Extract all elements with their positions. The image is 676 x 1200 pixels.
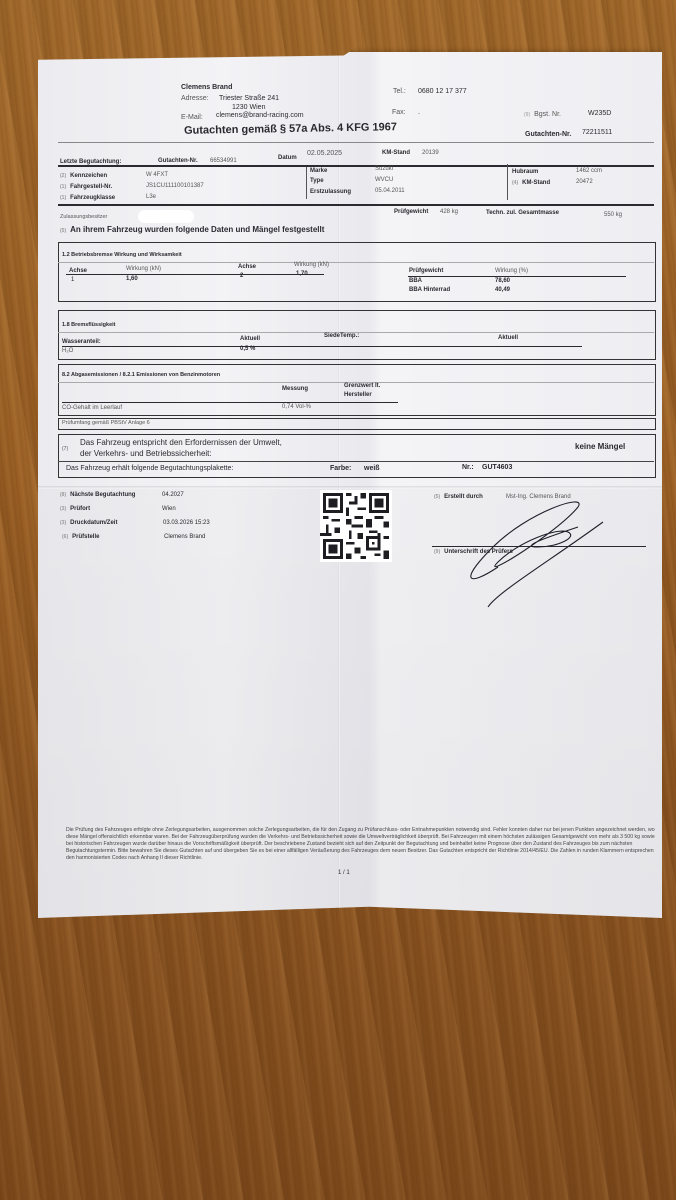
- gesamtmasse-label: Techn. zul. Gesamtmasse: [486, 210, 559, 216]
- findings-heading: (5)An ihrem Fahrzeug wurden folgende Dat…: [60, 225, 324, 234]
- fahrgestell-label: (1)Fahrgestell-Nr.: [60, 184, 112, 190]
- last-date-label: Datum: [278, 155, 297, 161]
- klasse-label: (1)Fahrzeugklasse: [60, 195, 115, 201]
- conformity-code-icon: (7): [62, 446, 68, 452]
- col-wirkung-kn-2: Wirkung (kN): [294, 262, 329, 268]
- pruefgewicht: 428 kg: [440, 209, 458, 215]
- gutachten-nr: 72211511: [582, 129, 612, 136]
- aktuell-label: Aktuell: [240, 336, 260, 342]
- conformity-line-2: der Verkehrs- und Betriebssicherheit:: [80, 449, 212, 458]
- fine-print: Die Prüfung des Fahrzeuges erfolgte ohne…: [66, 827, 662, 862]
- naechste: 04.2027: [162, 492, 184, 498]
- inspection-report-paper: Clemens Brand Adresse: Triester Straße 2…: [38, 52, 662, 918]
- co-value: 0,74 Vol-%: [282, 404, 311, 410]
- h2o-value: 0,5 %: [240, 346, 255, 352]
- plakette-nr: GUT4603: [482, 464, 512, 471]
- issuer-email: clemens@brand-racing.com: [216, 112, 304, 119]
- plakette-nr-label: Nr.:: [462, 464, 474, 471]
- pruefstelle-label: (6)Prüfstelle: [62, 534, 99, 540]
- redacted-owner: [138, 210, 194, 223]
- qr-code-icon: [320, 490, 392, 562]
- messung-label: Messung: [282, 386, 308, 392]
- gutachten-nr-label: Gutachten-Nr.: [525, 131, 571, 138]
- issuer-fax-label: Fax:: [392, 109, 406, 116]
- aktuell-2-label: Aktuell: [498, 335, 518, 341]
- brake-section: [58, 242, 656, 302]
- grenzwert-label-1: Grenzwert lt.: [344, 383, 380, 389]
- issuer-street: Triester Straße 241: [219, 95, 279, 102]
- druck: 03.03.2026 15:23: [163, 520, 210, 526]
- issuer-address-label: Adresse:: [181, 95, 209, 102]
- plakette-label: Das Fahrzeug erhält folgende Begutachtun…: [66, 465, 233, 472]
- last-km-label: KM-Stand: [382, 150, 410, 156]
- col-pruefgewicht: Prüfgewicht: [409, 268, 443, 274]
- fahrzeugklasse: L3e: [146, 194, 156, 200]
- bba-hinterrad-value: 40,49: [495, 287, 510, 293]
- issuer-tel: 0680 12 17 377: [418, 88, 467, 95]
- erstzulassung-label: Erstzulassung: [310, 189, 351, 195]
- type-label: Type: [310, 178, 324, 184]
- document-title: Gutachten gemäß § 57a Abs. 4 KFG 1967: [184, 121, 397, 137]
- issuer-tel-label: Tel.:: [393, 88, 406, 95]
- pruefgewicht-label: Prüfgewicht: [394, 209, 428, 215]
- horizontal-fold: [38, 486, 662, 489]
- erstzulassung: 05.04.2011: [375, 188, 405, 194]
- vertical-fold: [338, 52, 340, 918]
- kennzeichen-label: (2)Kennzeichen: [60, 173, 107, 179]
- hubraum-label: Hubraum: [512, 169, 538, 175]
- brake-fluid-heading: 1.8 Bremsflüssigkeit: [62, 322, 116, 328]
- hubraum: 1462 ccm: [576, 168, 602, 174]
- col-achse-2: Achse: [238, 264, 256, 270]
- druck-label: (3)Druckdatum/Zeit: [60, 520, 117, 526]
- emissions-heading: 8.2 Abgasemissionen / 8.2.1 Emissionen v…: [62, 372, 220, 378]
- issuer-name: Clemens Brand: [181, 84, 232, 91]
- marke-label: Marke: [310, 168, 327, 174]
- signature-icon: [438, 492, 618, 612]
- h2o-label: H₂O: [62, 348, 73, 354]
- naechste-label: (8)Nächste Begutachtung: [60, 492, 135, 498]
- col-wirkung-pct: Wirkung (%): [495, 268, 528, 274]
- besitzer-label: Zulassungsbesitzer: [60, 214, 107, 220]
- col-wirkung-kn-1: Wirkung (kN): [126, 266, 161, 272]
- brake-wirkung-2: 1,70: [296, 271, 308, 277]
- bba-label: BBA: [409, 278, 422, 284]
- km-stand-label: (4)KM-Stand: [512, 180, 550, 186]
- bgst-number: W235D: [588, 110, 611, 117]
- pruefort-label: (3)Prüfort: [60, 506, 90, 512]
- last-nr-label: Gutachten-Nr.: [158, 158, 198, 164]
- pruefort: Wien: [162, 506, 176, 512]
- siedetemp-label: SiedeTemp.:: [324, 333, 359, 339]
- issuer-email-label: E-Mail:: [181, 114, 203, 121]
- co-label: CO-Gehalt im Leerlauf: [62, 405, 122, 411]
- bba-value: 78,60: [495, 278, 510, 284]
- last-km: 20139: [422, 150, 439, 156]
- pruefumfang: Prüfumfang gemäß PBStV Anlage 6: [62, 420, 150, 426]
- kennzeichen: W 4FXT: [146, 172, 168, 178]
- km-stand: 20472: [576, 179, 593, 185]
- brake-wirkung-1: 1,60: [126, 276, 138, 282]
- bgst-label: (9)Bgst. Nr.: [524, 111, 561, 118]
- issuer-city: 1230 Wien: [232, 104, 265, 111]
- last-date: 02.05.2025: [307, 150, 342, 157]
- pruefstelle: Clemens Brand: [164, 534, 205, 540]
- conformity-result: keine Mängel: [575, 442, 625, 451]
- marke: Suzuki: [375, 166, 393, 172]
- brake-achse-2: 2: [240, 273, 243, 279]
- conformity-line-1: Das Fahrzeug entspricht den Erforderniss…: [80, 438, 282, 447]
- issuer-fax: .: [418, 109, 420, 116]
- code-icon: (9): [524, 112, 530, 118]
- page-number: 1 / 1: [338, 870, 350, 876]
- plakette-farbe-label: Farbe:: [330, 465, 351, 472]
- type: WVCU: [375, 177, 393, 183]
- grenzwert-label-2: Hersteller: [344, 392, 372, 398]
- wasseranteil-label: Wasseranteil:: [62, 339, 101, 345]
- brake-heading: 1.2 Betriebsbremse Wirkung und Wirksamke…: [62, 252, 182, 258]
- fahrgestell-nr: JS1CU111100101387: [146, 183, 204, 189]
- brake-achse-1: 1: [71, 277, 74, 283]
- bba-hinterrad-label: BBA Hinterrad: [409, 287, 450, 293]
- plakette-farbe: weiß: [364, 465, 380, 472]
- last-nr: 66534991: [210, 158, 237, 164]
- gesamtmasse: 550 kg: [604, 212, 622, 218]
